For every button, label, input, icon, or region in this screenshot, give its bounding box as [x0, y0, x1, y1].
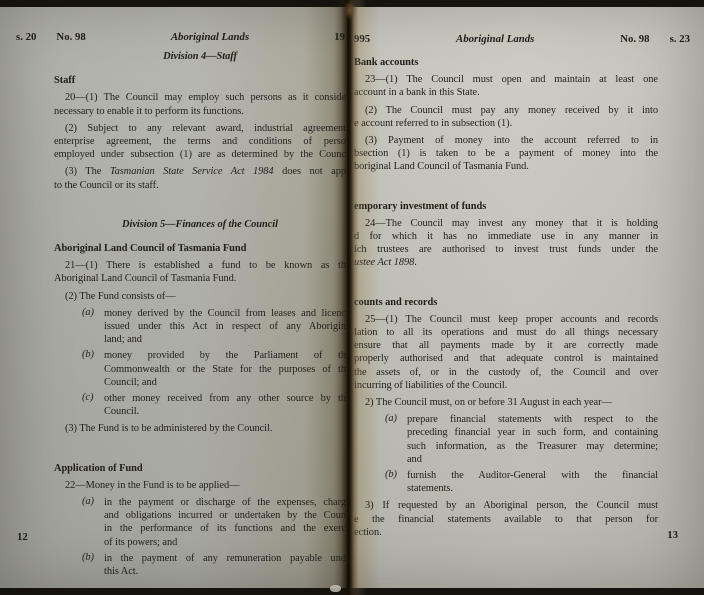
list-item: (b)money provided by the Parliament of t…	[82, 349, 346, 389]
section-heading: Bank accounts	[354, 56, 658, 69]
list-item-text: money provided by the Parliament of thCo…	[104, 349, 346, 389]
list-item: (a)prepare financial statements with res…	[385, 413, 658, 466]
list-marker: (b)	[385, 469, 407, 495]
text-line: ensure that all payments made by it are …	[354, 339, 658, 352]
header-year: 19	[334, 31, 345, 43]
text-line: Commonwealth or the State for the purpos…	[104, 363, 346, 376]
text-line: boriginal Land Council of Tasmania Fund.	[354, 160, 658, 173]
text-line: money provided by the Parliament of th	[104, 349, 346, 362]
text-line: Council.	[104, 405, 346, 418]
text-line: and	[407, 453, 658, 466]
text-line: 24—The Council may invest any money that…	[354, 217, 658, 230]
text-line: e the financial statements available to …	[354, 513, 658, 526]
paragraph: 24—The Council may invest any money that…	[354, 217, 658, 270]
text-line: and obligations incurred or undertaken b…	[104, 509, 346, 522]
left-page: s. 20 No. 98 Aboriginal Lands 19 Divisio…	[0, 7, 347, 588]
text-line: bsection (1) is taken to be a payment of…	[354, 147, 658, 160]
text-line: Aboriginal Land Council of Tasmania Fund…	[54, 272, 346, 285]
text-line: the assets of, or in the custody of, the…	[354, 366, 658, 379]
text-line: (2) The Fund consists of—	[54, 290, 346, 303]
list-item: (b)in the payment of any remuneration pa…	[82, 552, 346, 578]
list-item: (b)furnish the Auditor-General with the …	[385, 469, 658, 495]
page-number-right: 13	[667, 529, 678, 541]
text-line: d for which it has no immediate use in a…	[354, 230, 658, 243]
text-line: ich trustees are authorised to invest tr…	[354, 243, 658, 256]
text-line: properly authorised and that adequate co…	[354, 352, 658, 365]
header-year: 995	[354, 33, 370, 45]
list-item-text: other money received from any other sour…	[104, 392, 346, 418]
text-line: such information, as the Treasurer may d…	[407, 440, 658, 453]
paragraph: (3) Payment of money into the account re…	[354, 134, 658, 174]
paragraph: 25—(1) The Council must keep proper acco…	[354, 313, 658, 392]
section-heading: Application of Fund	[54, 462, 346, 475]
paragraph: 21—(1) There is established a fund to be…	[54, 259, 346, 285]
text-line: issued under this Act in respect of any …	[104, 320, 346, 333]
text-line: lation to all its operations and must do…	[354, 326, 658, 339]
text-line: (2) Subject to any relevant award, indus…	[54, 122, 346, 135]
paragraph: (3) The Fund is to be administered by th…	[54, 422, 346, 435]
text-line: to the Council or its staff.	[54, 179, 346, 192]
text-line: other money received from any other sour…	[104, 392, 346, 405]
division-heading: Division 4—Staff	[54, 50, 346, 63]
paragraph: 22—Money in the Fund is to be applied—	[54, 479, 346, 492]
right-page-content: Bank accounts23—(1) The Council must ope…	[351, 56, 704, 539]
text-line: Council; and	[104, 376, 346, 389]
list-item-text: in the payment of any remuneration payab…	[104, 552, 346, 578]
text-line: 23—(1) The Council must open and maintai…	[354, 73, 658, 86]
italic-act-citation: Tasmanian State Service Act 1984	[110, 166, 274, 177]
text-line: enterprise agreement, the terms and cond…	[54, 135, 346, 148]
page-number-left: 12	[17, 531, 28, 543]
list-marker: (a)	[82, 307, 104, 347]
header-act-number: No. 98	[620, 33, 649, 45]
text-line: furnish the Auditor-General with the fin…	[407, 469, 658, 482]
text-line: 21—(1) There is established a fund to be…	[54, 259, 346, 272]
header-act-title: Aboriginal Lands	[370, 33, 620, 45]
text-line: account in a bank in this State.	[354, 86, 658, 99]
text-line: 25—(1) The Council must keep proper acco…	[354, 313, 658, 326]
italic-act-citation: ustee Act 1898	[354, 257, 414, 268]
header-act-title: Aboriginal Lands	[86, 31, 334, 43]
paragraph: 2) The Council must, on or before 31 Aug…	[354, 396, 658, 409]
list-item: (c)other money received from any other s…	[82, 392, 346, 418]
book-scan-photo: s. 20 No. 98 Aboriginal Lands 19 Divisio…	[0, 0, 704, 595]
division-heading: Division 5—Finances of the Council	[54, 218, 346, 231]
text-line: (2) The Council must pay any money recei…	[354, 104, 658, 117]
list-marker: (c)	[82, 392, 104, 418]
list-item-text: money derived by the Council from leases…	[104, 307, 346, 347]
text-line: ustee Act 1898.	[354, 256, 658, 269]
text-line: employed under subsection (1) are as det…	[54, 148, 346, 161]
text-line: ection.	[354, 526, 658, 539]
paragraph: (2) The Council must pay any money recei…	[354, 104, 658, 130]
paragraph: (2) Subject to any relevant award, indus…	[54, 122, 346, 162]
paragraph: (3) The Tasmanian State Service Act 1984…	[54, 165, 346, 191]
list-marker: (b)	[82, 349, 104, 389]
text-line: money derived by the Council from leases…	[104, 307, 346, 320]
left-page-content: Division 4—StaffStaff20—(1) The Council …	[0, 50, 347, 578]
text-line: land; and	[104, 333, 346, 346]
paragraph: 23—(1) The Council must open and maintai…	[354, 73, 658, 99]
list-marker: (a)	[385, 413, 407, 466]
header-act-number: No. 98	[56, 31, 85, 43]
text-line: of its powers; and	[104, 536, 346, 549]
text-line: 20—(1) The Council may employ such perso…	[54, 91, 346, 104]
text-line: in the performance of its functions and …	[104, 522, 346, 535]
text-line: prepare financial statements with respec…	[407, 413, 658, 426]
section-heading: Aboriginal Land Council of Tasmania Fund	[54, 242, 346, 255]
paragraph: 3) If requested by an Aboriginal person,…	[354, 499, 658, 539]
section-heading: Staff	[54, 74, 346, 87]
list-item-text: in the payment or discharge of the expen…	[104, 496, 346, 549]
text-line: this Act.	[104, 565, 346, 578]
paragraph: 20—(1) The Council may employ such perso…	[54, 91, 346, 117]
section-heading: emporary investment of funds	[354, 200, 658, 213]
text-line: (3) The Fund is to be administered by th…	[54, 422, 346, 435]
list-marker: (b)	[82, 552, 104, 578]
text-line: in the payment of any remuneration payab…	[104, 552, 346, 565]
text-line: 22—Money in the Fund is to be applied—	[54, 479, 346, 492]
text-line: necessary to enable it to perform its fu…	[54, 105, 346, 118]
right-page: 995 Aboriginal Lands No. 98 s. 23 Bank a…	[351, 7, 704, 588]
text-line: 3) If requested by an Aboriginal person,…	[354, 499, 658, 512]
text-line: incurring of liabilities of the Council.	[354, 379, 658, 392]
paragraph: (2) The Fund consists of—	[54, 290, 346, 303]
text-line: (3) The Tasmanian State Service Act 1984…	[54, 165, 346, 178]
text-line: preceding financial year in such form, a…	[407, 426, 658, 439]
header-section-ref: s. 23	[670, 33, 690, 45]
list-item-text: furnish the Auditor-General with the fin…	[407, 469, 658, 495]
list-marker: (a)	[82, 496, 104, 549]
list-item-text: prepare financial statements with respec…	[407, 413, 658, 466]
left-page-header: s. 20 No. 98 Aboriginal Lands 19	[0, 7, 347, 43]
text-line: in the payment or discharge of the expen…	[104, 496, 346, 509]
right-page-header: 995 Aboriginal Lands No. 98 s. 23	[351, 7, 704, 45]
text-line: statements.	[407, 482, 658, 495]
list-item: (a)money derived by the Council from lea…	[82, 307, 346, 347]
text-line: (3) Payment of money into the account re…	[354, 134, 658, 147]
header-section-ref: s. 20	[16, 31, 36, 43]
list-item: (a)in the payment or discharge of the ex…	[82, 496, 346, 549]
text-line: 2) The Council must, on or before 31 Aug…	[354, 396, 658, 409]
section-heading: counts and records	[354, 296, 658, 309]
text-line: e account referred to in subsection (1).	[354, 117, 658, 130]
